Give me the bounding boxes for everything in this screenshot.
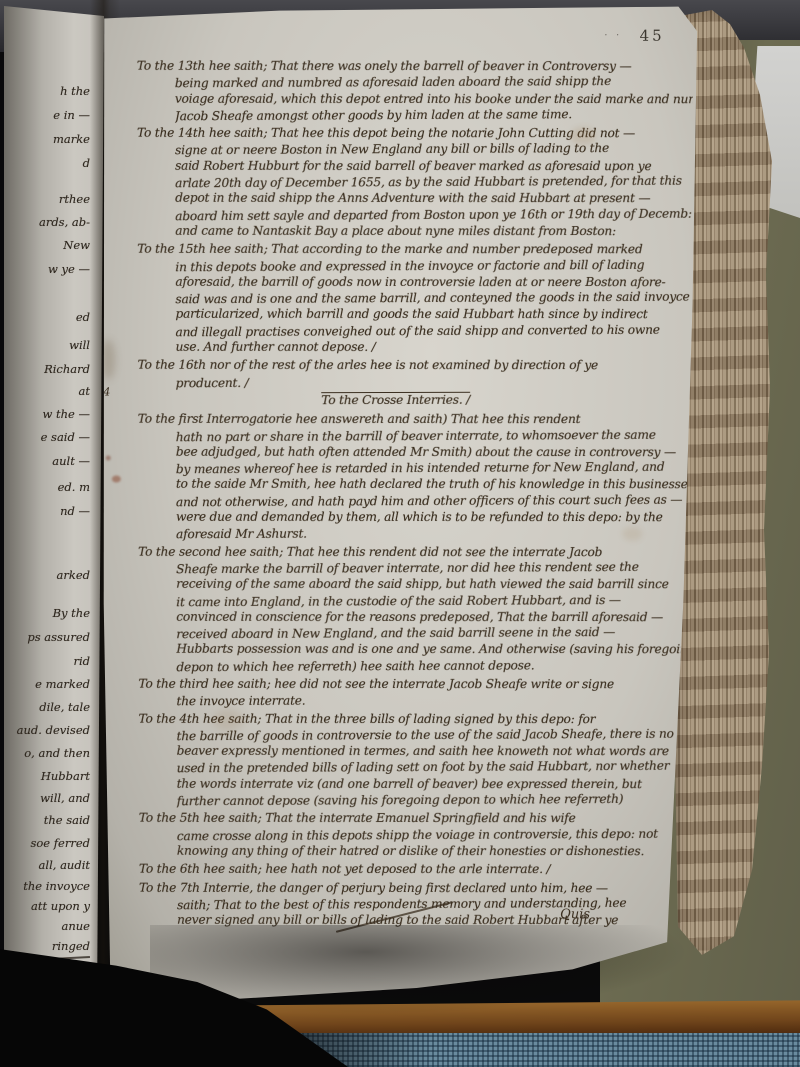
manuscript-line: Sheafe marke the barrill of beaver inter… — [176, 558, 694, 577]
verso-line-fragment: arked — [57, 568, 91, 582]
deposition-paragraph: To the 5th hee saith; That the interrate… — [139, 810, 695, 860]
deposition-paragraph: To the 16th nor of the rest of the arles… — [138, 357, 694, 391]
manuscript-line: knowing any thing of their hatred or dis… — [177, 843, 695, 860]
manuscript-line: the words interrate viz (and one barrell… — [177, 775, 695, 792]
manuscript-line: being marked and numbred as aforesaid la… — [175, 73, 693, 92]
verso-line-fragment: d — [83, 156, 90, 170]
manuscript-line: it came into England, in the custodie of… — [176, 591, 694, 610]
verso-line-fragment: ed. m — [58, 480, 90, 494]
verso-line-fragment: By the — [53, 606, 90, 620]
verso-line-fragment: the said — [44, 813, 90, 827]
verso-line-fragment: e in — — [53, 108, 90, 122]
verso-line-fragment: ringed — [52, 939, 90, 953]
verso-line-fragment: att upon y — [31, 899, 90, 913]
verso-line-fragment: w the — — [43, 407, 91, 421]
verso-line-fragment: rthee — [59, 192, 90, 206]
margin-mark: 4 — [103, 386, 110, 399]
folio-dots: · · — [605, 31, 623, 41]
verso-line-fragment: ards, ab- — [39, 215, 90, 229]
photo-of-manuscript: h thee in —markedrtheeards, ab-Neww ye —… — [0, 0, 800, 1067]
manuscript-page: · · 45 4 To the 13th hee saith; That the… — [99, 6, 704, 1001]
deposition-paragraph: To the 14th hee saith; That hee this dep… — [137, 124, 693, 240]
manuscript-line: depot in the said shipp the Anns Adventu… — [175, 190, 693, 207]
manuscript-line: the barrille of goods in controversie to… — [177, 725, 695, 744]
deposition-paragraph: To the 6th hee saith; hee hath not yet d… — [139, 860, 695, 878]
verso-line-fragment: o, and then — [24, 746, 90, 760]
manuscript-line: receiving of the same aboard the said sh… — [176, 576, 694, 593]
deposition-paragraph: To the 15th hee saith; That according to… — [137, 240, 693, 356]
manuscript-line: use. And further cannot depose. / — [176, 339, 694, 356]
verso-line-fragment: will, and — [40, 791, 90, 805]
verso-line-fragment: marke — [53, 132, 90, 146]
verso-line-fragment: will — [69, 338, 90, 352]
manuscript-line: To the 7th Interrie, the danger of perju… — [139, 879, 695, 896]
manuscript-line: convinced in conscience for the reasons … — [176, 608, 694, 625]
folio-number: 45 — [640, 27, 665, 45]
manuscript-line: To the 15th hee saith; That according to… — [137, 241, 693, 258]
verso-line-fragment: Hubbart — [41, 769, 90, 783]
verso-line-fragment: rid — [73, 654, 90, 668]
paper-stain — [570, 127, 596, 145]
manuscript-line: To the first Interrogatorie hee answeret… — [138, 411, 694, 428]
manuscript-line: further cannot depose (saving his forego… — [177, 791, 695, 810]
manuscript-text-block: To the 13th hee saith; That there was on… — [137, 57, 695, 931]
ink-stain — [112, 475, 121, 482]
manuscript-line: voiage aforesaid, which this depot entre… — [175, 90, 693, 107]
verso-line-fragment: soe ferred — [30, 836, 90, 850]
manuscript-line: said Robert Hubburt for the said barrell… — [175, 157, 693, 174]
verso-line-fragment: e said — — [41, 430, 90, 444]
manuscript-line: came crosse along in this depots shipp t… — [177, 825, 695, 844]
verso-line-fragment: nd — — [60, 504, 90, 518]
manuscript-line: aforesaid Mr Ashurst. — [176, 524, 694, 543]
verso-line-fragment: ps assured — [27, 630, 90, 644]
manuscript-line: aforesaid, the barrill of goods now in c… — [175, 274, 693, 291]
manuscript-line: hath no part or share in the barrill of … — [176, 426, 694, 445]
section-heading: To the Crosse Interries. / — [138, 391, 654, 409]
verso-line-fragment: Richard — [44, 362, 90, 376]
verso-line-fragment: h the — [60, 84, 90, 98]
verso-line-fragment: anue — [62, 919, 90, 933]
manuscript-line: To the third hee saith; hee did not see … — [138, 676, 694, 693]
deposition-paragraph: To the 7th Interrie, the danger of perju… — [139, 879, 695, 929]
manuscript-line: and came to Nantaskit Bay a place about … — [175, 223, 693, 240]
manuscript-line: Hubbarts possession was and is one and y… — [176, 641, 694, 658]
manuscript-line: particularized, which barrill and goods … — [175, 306, 693, 323]
verso-text-fragments: h thee in —markedrtheeards, ab-Neww ye —… — [8, 12, 96, 1014]
verso-line-fragment: e marked — [35, 677, 90, 691]
verso-line-fragment: all, audit — [39, 858, 90, 872]
verso-line-fragment: aud. devised — [17, 723, 90, 737]
manuscript-line: To the second hee saith; That hee this r… — [138, 543, 694, 560]
verso-line-fragment: New — [63, 238, 90, 252]
manuscript-line: producent. / — [176, 372, 694, 391]
paper-stain — [213, 709, 243, 731]
verso-line-fragment: dile, tale — [39, 700, 90, 714]
manuscript-line: To the 5th hee saith; That the interrate… — [139, 810, 695, 827]
manuscript-line: aboard him sett sayle and departed from … — [175, 205, 693, 224]
manuscript-line: signe at or neere Boston in New England … — [175, 140, 693, 159]
ink-stain — [106, 456, 111, 461]
deposition-paragraph: To the second hee saith; That hee this r… — [138, 543, 694, 675]
manuscript-line: were due and demanded by them, all which… — [176, 509, 694, 526]
manuscript-line: depon to which hee referreth) hee saith … — [176, 656, 694, 675]
manuscript-line: bee adjudged, but hath often attended Mr… — [176, 443, 694, 460]
verso-line-fragment: w ye — — [48, 262, 90, 276]
manuscript-line: in this depots booke and expressed in th… — [175, 256, 693, 275]
manuscript-line: to the saide Mr Smith, hee hath declared… — [176, 476, 694, 493]
manuscript-line: and not otherwise, and hath payd him and… — [176, 491, 694, 510]
verso-page-sliver: h thee in —markedrtheeards, ab-Neww ye —… — [4, 6, 104, 1008]
manuscript-line: used in the pretended bills of lading se… — [177, 758, 695, 777]
paper-stain — [622, 527, 642, 541]
manuscript-line: To the 16th nor of the rest of the arles… — [138, 357, 694, 374]
manuscript-line: saith; That to the best of this responde… — [177, 894, 695, 913]
verso-line-fragment: ed — [76, 310, 90, 324]
catchword: Quis — [560, 907, 590, 922]
manuscript-line: Jacob Sheafe amongst other goods by him … — [175, 105, 693, 124]
manuscript-line: and illegall practises conveighed out of… — [175, 321, 693, 340]
verso-line-fragment: ault — — [52, 454, 90, 468]
verso-line-fragment: at — [79, 384, 90, 398]
deposition-paragraph: To the third hee saith; hee did not see … — [138, 675, 694, 709]
manuscript-line: the invoyce interrate. — [176, 691, 694, 710]
manuscript-line: To the 13th hee saith; That there was on… — [137, 58, 693, 75]
deposition-paragraph: To the first Interrogatorie hee answeret… — [138, 410, 694, 542]
manuscript-line: To the 6th hee saith; hee hath not yet d… — [139, 861, 695, 878]
verso-line-fragment: the invoyce — [23, 879, 90, 893]
deposition-paragraph: To the 13th hee saith; That there was on… — [137, 57, 693, 124]
